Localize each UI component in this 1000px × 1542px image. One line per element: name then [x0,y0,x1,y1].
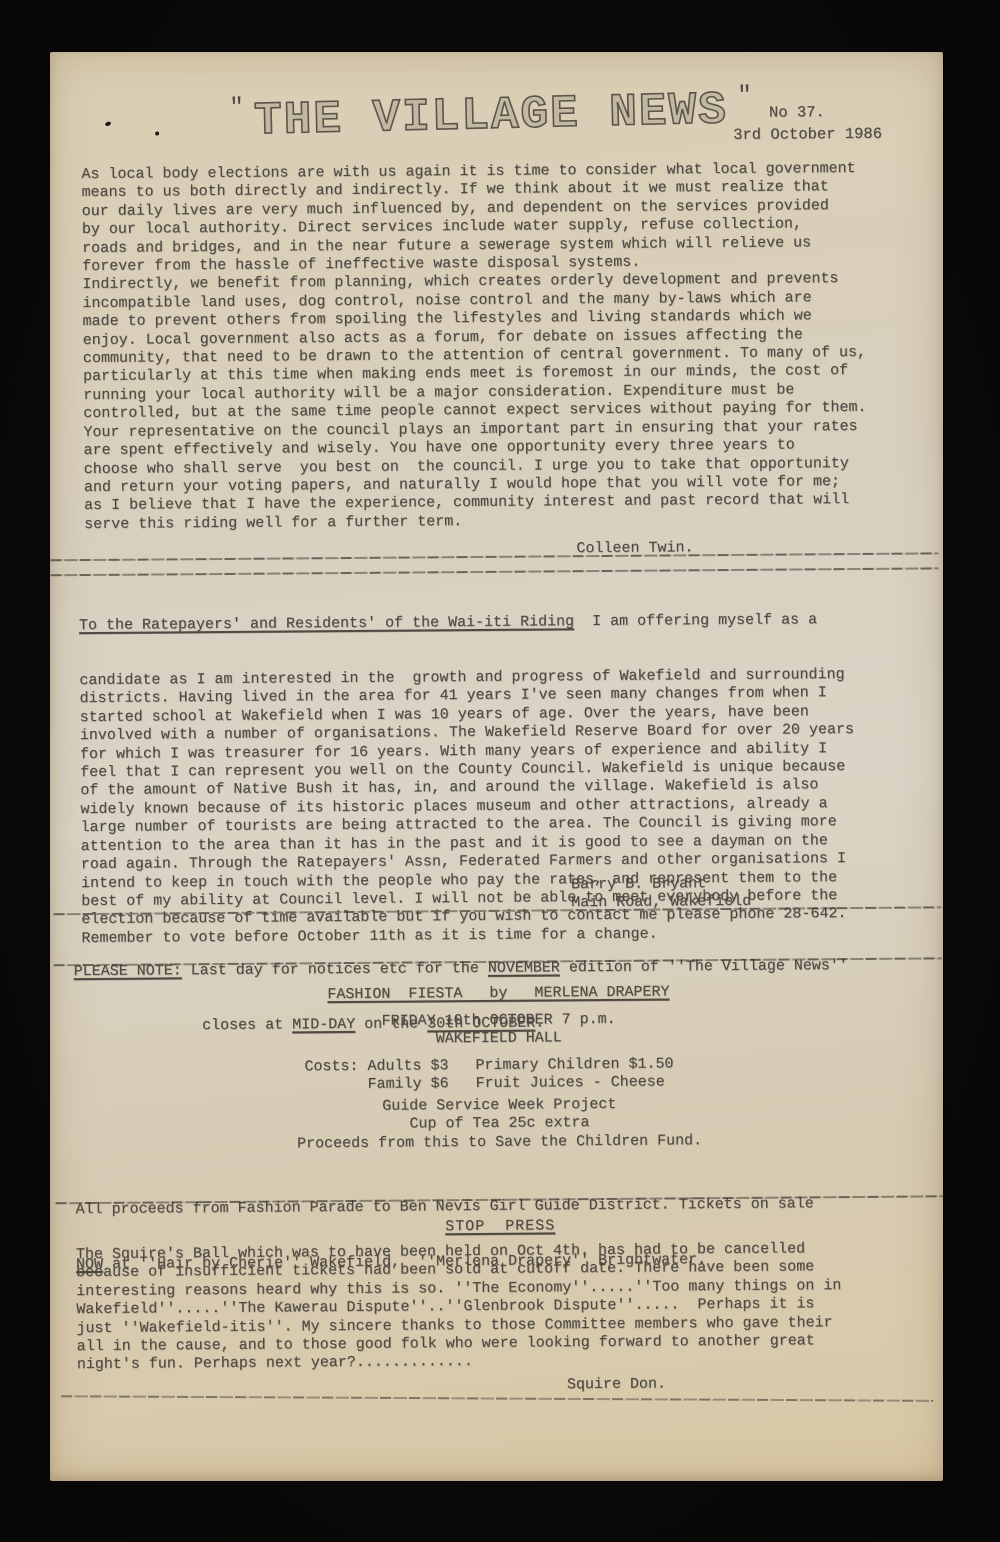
newsletter-page: "THE VILLAGE NEWS" No 37. 3rd October 19… [50,52,943,1481]
ink-dot [155,131,159,135]
page-content: "THE VILLAGE NEWS" No 37. 3rd October 19… [45,45,949,1481]
bryant-article-heading-rest: I am offering myself as a [574,611,817,630]
issue-date: 3rd October 1986 [733,125,882,145]
council-article-text: As local body elections are with us agai… [81,160,916,535]
masthead: "THE VILLAGE NEWS" [190,82,791,149]
stop-press-text: The Squire's Ball which was to have been… [76,1239,927,1375]
ink-dot [105,121,112,127]
stop-press-heading: STOP PRESS [445,1217,555,1235]
fashion-guide-lines: Guide Service Week Project Cup of Tea 25… [53,1093,946,1155]
divider-rule-top [50,552,938,561]
bryant-article-text: candidate as I am interested in the grow… [79,666,921,949]
bryant-signature-name: Barry B. Bryant [571,875,706,894]
divider-rule-bottom [61,1395,933,1402]
masthead-open-quote: " [229,95,244,122]
stop-press-signature: Squire Don. [567,1375,666,1394]
masthead-close-quote: " [737,83,752,110]
fashion-costs: Costs: Adults $3 Primary Children $1.50 … [304,1055,673,1095]
scan-background: "THE VILLAGE NEWS" No 37. 3rd October 19… [0,0,1000,1542]
bryant-article-heading: To the Ratepayers' and Residents' of the… [79,613,574,634]
issue-number: No 37. [769,103,825,122]
fashion-heading: FASHION FIESTA by MERLENA DRAPERY [327,983,669,1003]
bryant-article-heading-line: To the Ratepayers' and Residents' of the… [79,610,919,635]
masthead-title: THE VILLAGE NEWS [254,84,729,147]
